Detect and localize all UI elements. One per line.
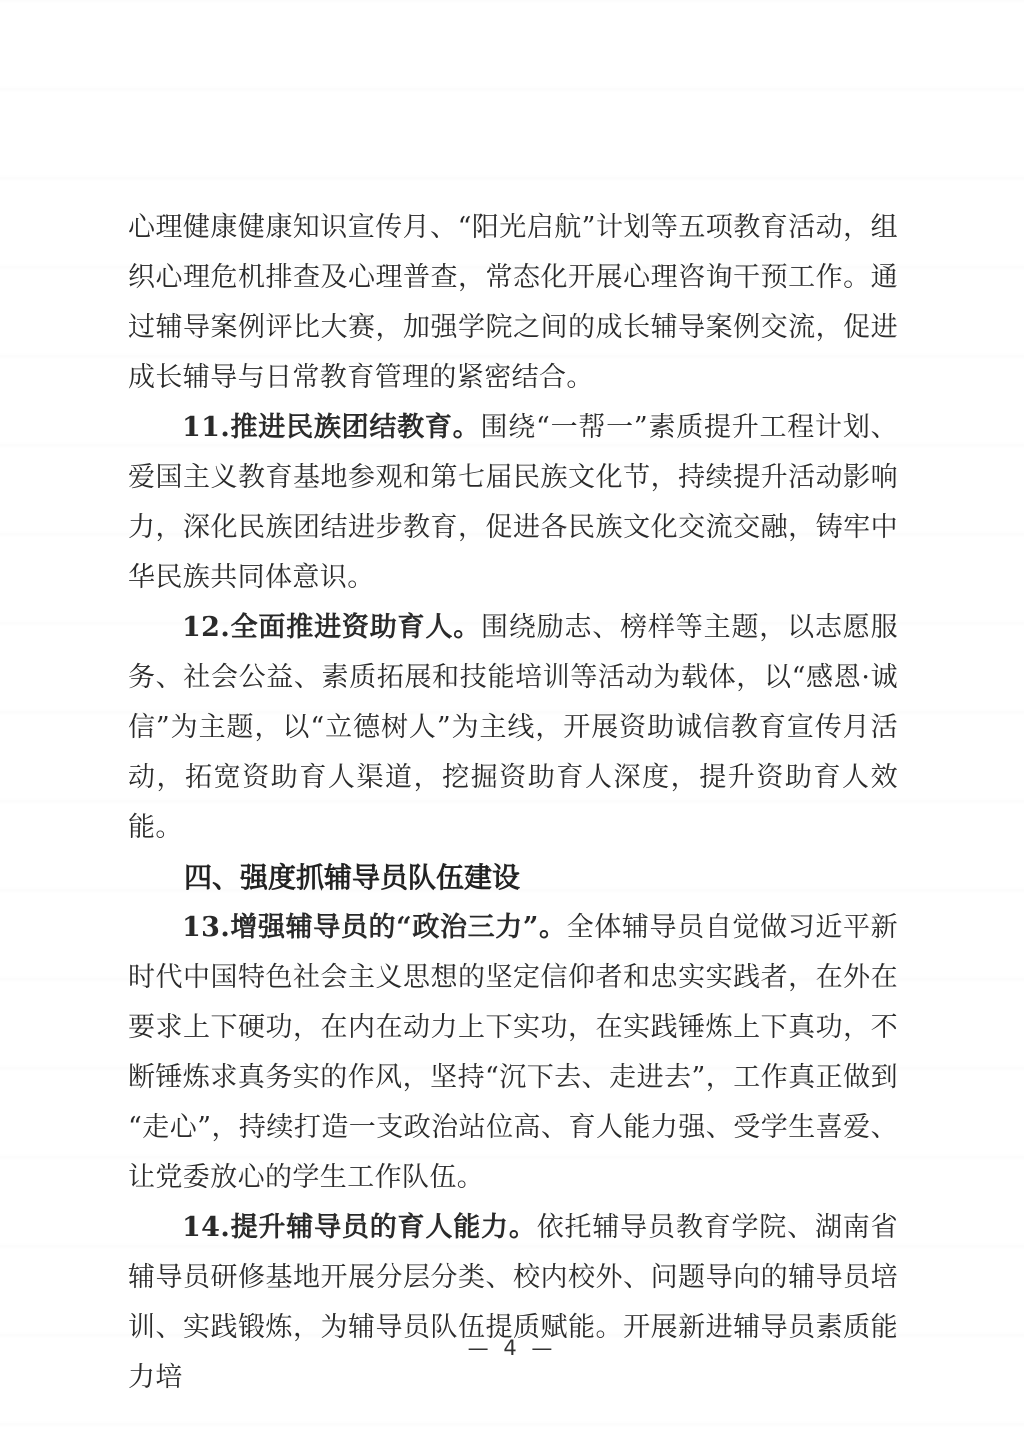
- paragraph-text: 心理健康健康知识宣传月、“阳光启航”计划等五项教育活动，组织心理危机排查及心理普…: [128, 212, 898, 393]
- section-heading: 四、强度抓辅导员队伍建设: [128, 853, 898, 903]
- document-content: 心理健康健康知识宣传月、“阳光启航”计划等五项教育活动，组织心理危机排查及心理普…: [128, 203, 898, 1403]
- paragraph-text: 全体辅导员自觉做习近平新时代中国特色社会主义思想的坚定信仰者和忠实实践者，在外在…: [128, 912, 898, 1193]
- paragraph-item-11: 11.推进民族团结教育。围绕“一帮一”素质提升工程计划、爱国主义教育基地参观和第…: [128, 403, 898, 603]
- paragraph-lead: 11.推进民族团结教育。: [182, 412, 480, 443]
- paragraph-continuation: 心理健康健康知识宣传月、“阳光启航”计划等五项教育活动，组织心理危机排查及心理普…: [128, 203, 898, 403]
- paragraph-lead: 13.增强辅导员的“政治三力”。: [182, 912, 567, 943]
- paragraph-item-12: 12.全面推进资助育人。围绕励志、榜样等主题，以志愿服务、社会公益、素质拓展和技…: [128, 603, 898, 853]
- page-number: — 4 —: [0, 1336, 1024, 1360]
- paragraph-lead: 14.提升辅导员的育人能力。: [182, 1212, 537, 1243]
- paragraph-item-14: 14.提升辅导员的育人能力。依托辅导员教育学院、湖南省辅导员研修基地开展分层分类…: [128, 1203, 898, 1403]
- paragraph-lead: 12.全面推进资助育人。: [182, 612, 481, 643]
- paragraph-text: 围绕励志、榜样等主题，以志愿服务、社会公益、素质拓展和技能培训等活动为载体，以“…: [128, 612, 898, 843]
- paragraph-item-13: 13.增强辅导员的“政治三力”。全体辅导员自觉做习近平新时代中国特色社会主义思想…: [128, 903, 898, 1203]
- document-page: 心理健康健康知识宣传月、“阳光启航”计划等五项教育活动，组织心理危机排查及心理普…: [0, 0, 1024, 1447]
